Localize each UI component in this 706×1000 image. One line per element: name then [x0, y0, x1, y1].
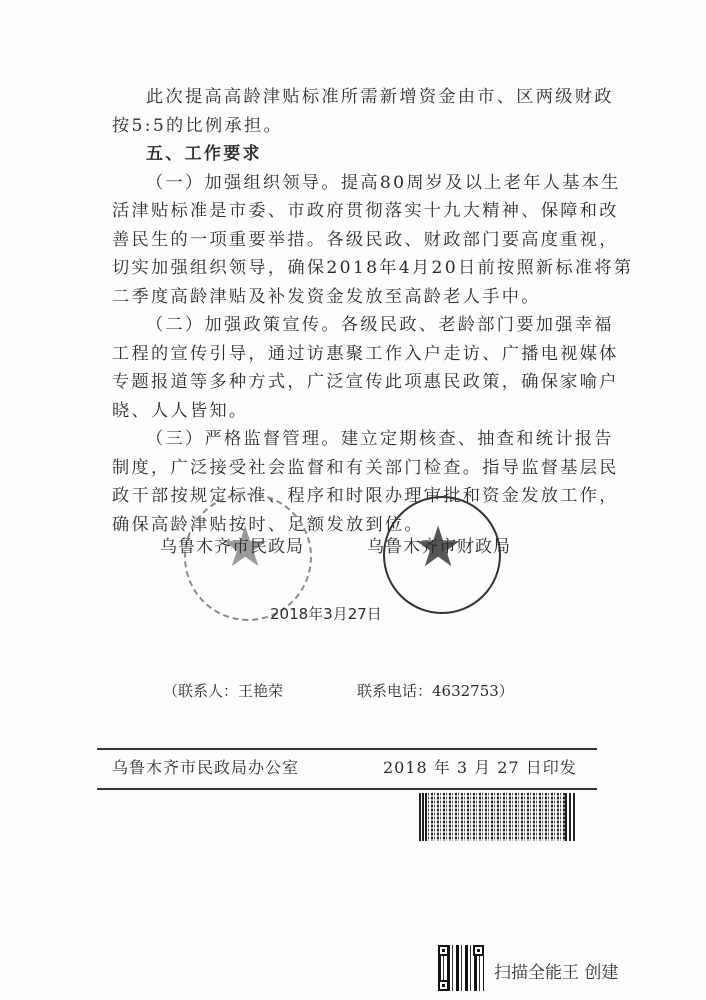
paragraph-line: 此次提高高龄津贴标准所需新增资金由市、区两级财政	[146, 86, 646, 108]
paragraph-line: 政干部按规定标准、程序和时限办理审批和资金发放工作，	[112, 485, 612, 507]
qr-code-icon	[438, 945, 484, 991]
issuing-office: 乌鲁木齐市民政局办公室	[112, 755, 299, 778]
signer-finance-bureau: 乌鲁木齐市财政局	[367, 532, 511, 557]
print-date: 2018 年 3 月 27 日印发	[383, 755, 577, 778]
document-barcode	[419, 793, 575, 841]
paragraph-line: 按5:5的比例承担。	[112, 115, 612, 137]
paragraph-line: 制度，广泛接受社会监督和有关部门检查。指导监督基层民	[112, 457, 612, 479]
paragraph-line: 晓、人人皆知。	[112, 400, 612, 422]
paragraph-line: （三）严格监督管理。建立定期核查、抽查和统计报告	[146, 428, 646, 450]
paragraph-line: （二）加强政策宣传。各级民政、老龄部门要加强幸福	[146, 314, 646, 336]
contact-phone: 联系电话：4632753）	[357, 680, 514, 701]
paragraph-line: 善民生的一项重要举措。各级民政、财政部门要高度重视，	[112, 229, 612, 251]
paragraph-line: 活津贴标准是市委、市政府贯彻落实十九大精神、保障和改	[112, 200, 612, 222]
footer-rule-bottom	[97, 788, 597, 790]
paragraph-line: 工程的宣传引导，通过访惠聚工作入户走访、广播电视媒体	[112, 343, 612, 365]
footer-rule-top	[97, 748, 597, 750]
paragraph-line: （一）加强组织领导。提高80周岁及以上老年人基本生	[146, 172, 646, 194]
scanner-watermark: 扫描全能王 创建	[494, 958, 618, 983]
signature-date: 2018年3月27日	[270, 603, 382, 624]
contact-person: （联系人：王艳荣	[163, 680, 283, 701]
paragraph-line: 二季度高龄津贴及补发资金发放至高龄老人手中。	[112, 286, 612, 308]
paragraph-line: 专题报道等多种方式，广泛宣传此项惠民政策，确保家喻户	[112, 371, 612, 393]
document-page: 此次提高高龄津贴标准所需新增资金由市、区两级财政 按5:5的比例承担。 五、工作…	[0, 0, 706, 1000]
paragraph-line: 切实加强组织领导，确保2018年4月20日前按照新标准将第	[112, 257, 612, 279]
signer-civil-affairs-bureau: 乌鲁木齐市民政局	[160, 532, 304, 557]
section-heading: 五、工作要求	[146, 143, 646, 165]
